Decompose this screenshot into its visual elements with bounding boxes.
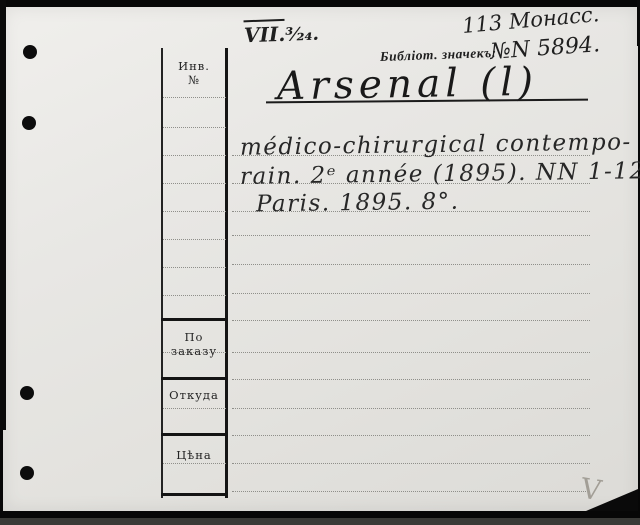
scan-border-left xyxy=(0,0,6,430)
ruled-line xyxy=(232,352,590,353)
field-label-inventory: Инв. xyxy=(162,59,226,73)
handwritten-classmark: VII.³⁄₂₄. xyxy=(244,21,320,48)
ruled-line xyxy=(163,211,226,212)
ruled-line xyxy=(232,235,590,236)
hole-punch xyxy=(20,386,34,400)
field-separator xyxy=(161,433,228,436)
column-rule-left xyxy=(161,48,163,498)
field-label-origin: Откуда xyxy=(162,388,226,402)
ruled-line xyxy=(232,408,590,409)
ruled-line xyxy=(232,435,590,436)
scan-border-bottom xyxy=(0,518,640,525)
pencil-checkmark: V xyxy=(579,472,604,508)
ruled-line xyxy=(163,267,226,268)
field-label-price: Цѣна xyxy=(162,448,226,462)
ruled-line xyxy=(163,408,226,409)
catalog-card-paper: Инв. № По заказу Откуда Цѣна Библіот. зн… xyxy=(3,7,638,511)
ruled-line xyxy=(232,463,590,464)
ruled-line xyxy=(163,97,226,98)
field-label-inventory-no: № xyxy=(162,73,226,87)
column-rule-right xyxy=(225,48,228,498)
field-separator xyxy=(161,377,228,380)
ruled-line xyxy=(163,463,226,464)
ruled-line xyxy=(163,155,226,156)
ruled-line xyxy=(232,491,590,492)
hole-punch xyxy=(23,45,37,59)
classmark-roman: VII. xyxy=(243,19,285,47)
body-line: médico-chirurgical contempo- xyxy=(240,129,632,160)
ruled-line xyxy=(163,127,226,128)
ruled-line xyxy=(232,379,590,380)
classmark-fraction: ³⁄₂₄. xyxy=(285,24,319,46)
scanned-catalog-card: Инв. № По заказу Откуда Цѣна Библіот. зн… xyxy=(0,0,640,525)
body-line: Paris. 1895. 8°. xyxy=(256,189,460,218)
hole-punch xyxy=(20,466,34,480)
body-line: rain. 2ᵉ année (1895). NN 1-12. xyxy=(240,158,640,190)
ruled-line xyxy=(163,239,226,240)
ruled-line xyxy=(163,295,226,296)
ruled-line xyxy=(232,320,590,321)
hole-punch xyxy=(22,116,36,130)
field-separator xyxy=(161,318,228,321)
field-label-by-order: По заказу xyxy=(162,330,226,358)
ruled-line xyxy=(163,183,226,184)
ruled-line xyxy=(232,264,590,265)
ruled-line xyxy=(232,293,590,294)
field-separator xyxy=(161,493,228,496)
